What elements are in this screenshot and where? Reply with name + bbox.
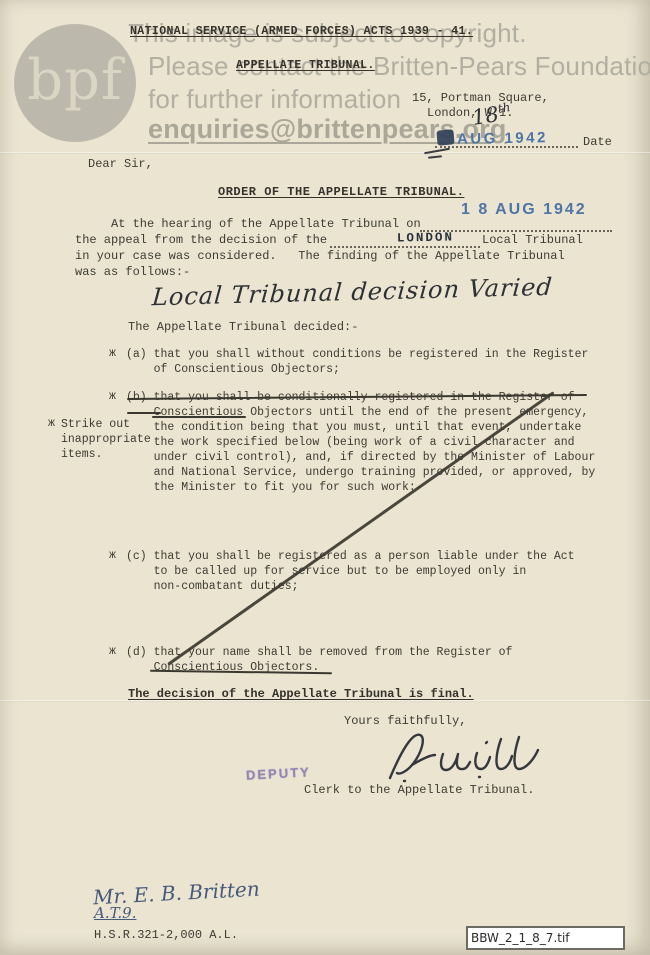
order-item-c: ж (c) that you shall be registered as a … <box>126 549 575 594</box>
item-line: to be called up for service but to be em… <box>154 564 575 579</box>
final-decision-line: The decision of the Appellate Tribunal i… <box>128 687 474 701</box>
item-line: Conscientious Objectors. <box>154 660 513 675</box>
item-line: and National Service, undergo training p… <box>154 465 596 480</box>
paragraph-line-3: in your case was considered. The finding… <box>75 249 565 263</box>
hearing-date-stamp: 1 8 AUG 1942 <box>461 201 587 219</box>
filename-text: BBW_2_1_8_7.tif <box>468 931 570 945</box>
filename-label: BBW_2_1_8_7.tif <box>466 926 625 950</box>
paragraph-line-2-end: Local Tribunal <box>482 233 583 247</box>
date-label: Date <box>583 135 612 149</box>
strike-marker: ж <box>109 390 116 403</box>
salutation: Dear Sir, <box>88 157 153 171</box>
bpf-logo-text: bpf <box>27 48 122 119</box>
strike-underline-conscientious <box>152 416 246 418</box>
order-item-a: ж (a) that you shall without conditions … <box>126 347 588 377</box>
watermark-contact-line: Please contact the Britten-Pears Foundat… <box>148 51 650 82</box>
date-stamp: AUG 1942 <box>457 129 548 148</box>
strike-marker: ж <box>48 417 55 430</box>
paragraph-line-2: the appeal from the decision of the <box>75 233 327 247</box>
item-line: (a) that you shall without conditions be… <box>126 347 588 362</box>
margin-note-line: Strike out <box>61 417 151 432</box>
item-line: (c) that you shall be registered as a pe… <box>126 549 575 564</box>
order-heading: ORDER OF THE APPELLATE TRIBUNAL. <box>218 185 464 199</box>
document-page: bpf This image is subject to copyright. … <box>0 0 650 955</box>
strike-marker: ж <box>109 645 116 658</box>
margin-note-line: items. <box>61 447 151 462</box>
watermark-info-line: for further information <box>148 84 401 115</box>
handwritten-date-ordinal: th <box>497 100 512 116</box>
handwritten-date-day: 18 <box>470 102 500 130</box>
strike-line-item-b-lead <box>127 412 161 414</box>
margin-note-line: inappropriate <box>61 432 151 447</box>
print-code: H.S.R.321-2,000 A.L. <box>94 928 238 942</box>
item-line: the Minister to fit you for such work:- <box>154 480 596 495</box>
order-item-b: ж (b) that you shall be conditionally re… <box>126 390 595 495</box>
item-line: of Conscientious Objectors; <box>154 362 589 377</box>
clerk-line: Clerk to the Appellate Tribunal. <box>304 783 534 797</box>
tribunal-name-dotted-line <box>330 246 480 248</box>
paper-crease <box>0 152 650 153</box>
date-stamp-smudge <box>436 129 454 145</box>
decided-line: The Appellate Tribunal decided:- <box>128 320 358 334</box>
bpf-logo: bpf <box>14 24 136 142</box>
tribunal-name-stamp: LONDON <box>397 231 454 246</box>
item-line: under civil control), and, if directed b… <box>154 450 596 465</box>
item-line: the condition being that you must, until… <box>154 420 596 435</box>
paragraph-line-4: was as follows:- <box>75 265 190 279</box>
strike-marker: ж <box>109 347 116 360</box>
act-title: NATIONAL SERVICE (ARMED FORCES) ACTS 193… <box>130 25 473 38</box>
item-line: the work specified below (being work of … <box>154 435 596 450</box>
clerk-signature <box>382 726 557 784</box>
margin-note: ж Strike out inappropriate items. <box>61 417 151 462</box>
strike-marker: ж <box>109 549 116 562</box>
address-line-1: 15, Portman Square, <box>412 91 549 105</box>
paragraph-line-1: At the hearing of the Appellate Tribunal… <box>75 217 421 231</box>
pen-stroke <box>428 155 442 158</box>
tribunal-title: APPELLATE TRIBUNAL. <box>236 59 375 72</box>
deputy-stamp: DEPUTY <box>246 764 311 782</box>
form-reference-handwritten: A.T.9. <box>94 904 136 922</box>
item-line: non-combatant duties; <box>154 579 575 594</box>
handwritten-finding: Local Tribunal decision Varied <box>151 273 554 312</box>
pen-stroke <box>424 148 450 154</box>
